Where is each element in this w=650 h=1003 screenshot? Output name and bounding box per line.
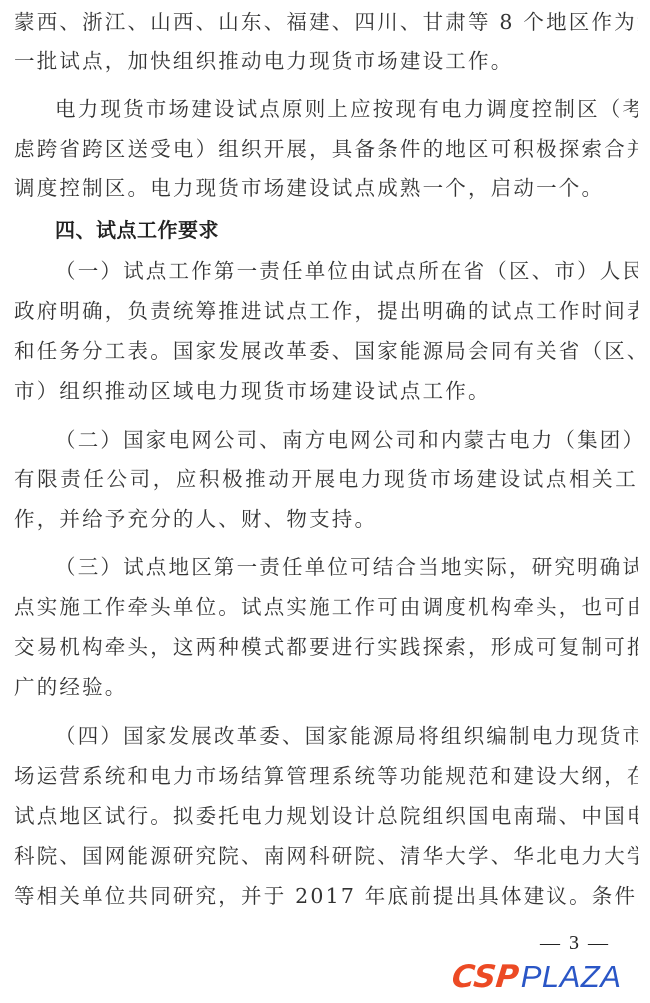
- logo-plaza-text: PLAZA: [521, 959, 622, 995]
- text-line: 点实施工作牵头单位。试点实施工作可由调度机构牵头，也可由: [14, 594, 638, 620]
- text-line: 政府明确，负责统筹推进试点工作，提出明确的试点工作时间表: [14, 298, 638, 324]
- csp-plaza-logo: CSP PLAZA: [452, 960, 621, 994]
- text-line: 市）组织推动区域电力现货市场建设试点工作。: [14, 378, 638, 404]
- text-line: 和任务分工表。国家发展改革委、国家能源局会同有关省（区、: [14, 338, 638, 364]
- logo-csp-text: CSP: [450, 959, 520, 995]
- section-heading: 四、试点工作要求: [55, 217, 219, 243]
- text-line: 虑跨省跨区送受电）组织开展，具备条件的地区可积极探索合并: [14, 136, 638, 162]
- text-line: 作，并给予充分的人、财、物支持。: [14, 506, 638, 532]
- text-line: （四）国家发展改革委、国家能源局将组织编制电力现货市: [55, 723, 638, 749]
- text-line: 蒙西、浙江、山西、山东、福建、四川、甘肃等 8 个地区作为第: [14, 9, 638, 35]
- page-number: — 3 —: [540, 932, 610, 955]
- text-line: 广的经验。: [14, 674, 638, 700]
- document-page: 蒙西、浙江、山西、山东、福建、四川、甘肃等 8 个地区作为第 一批试点，加快组织…: [0, 0, 650, 1003]
- text-line: 有限责任公司，应积极推动开展电力现货市场建设试点相关工: [14, 466, 638, 492]
- text-line: 场运营系统和电力市场结算管理系统等功能规范和建设大纲，在: [14, 763, 638, 789]
- text-line: （二）国家电网公司、南方电网公司和内蒙古电力（集团）: [55, 427, 638, 453]
- text-line: 调度控制区。电力现货市场建设试点成熟一个，启动一个。: [14, 175, 638, 201]
- text-line: 一批试点，加快组织推动电力现货市场建设工作。: [14, 48, 638, 74]
- text-line: 试点地区试行。拟委托电力规划设计总院组织国电南瑞、中国电: [14, 803, 638, 829]
- text-line: 科院、国网能源研究院、南网科研院、清华大学、华北电力大学: [14, 843, 638, 869]
- text-line: （三）试点地区第一责任单位可结合当地实际，研究明确试: [55, 554, 638, 580]
- text-line: 电力现货市场建设试点原则上应按现有电力调度控制区（考: [55, 96, 638, 122]
- text-line: （一）试点工作第一责任单位由试点所在省（区、市）人民: [55, 258, 638, 284]
- text-line: 等相关单位共同研究，并于 2017 年底前提出具体建议。条件成熟: [14, 883, 638, 909]
- text-line: 交易机构牵头，这两种模式都要进行实践探索，形成可复制可推: [14, 634, 638, 660]
